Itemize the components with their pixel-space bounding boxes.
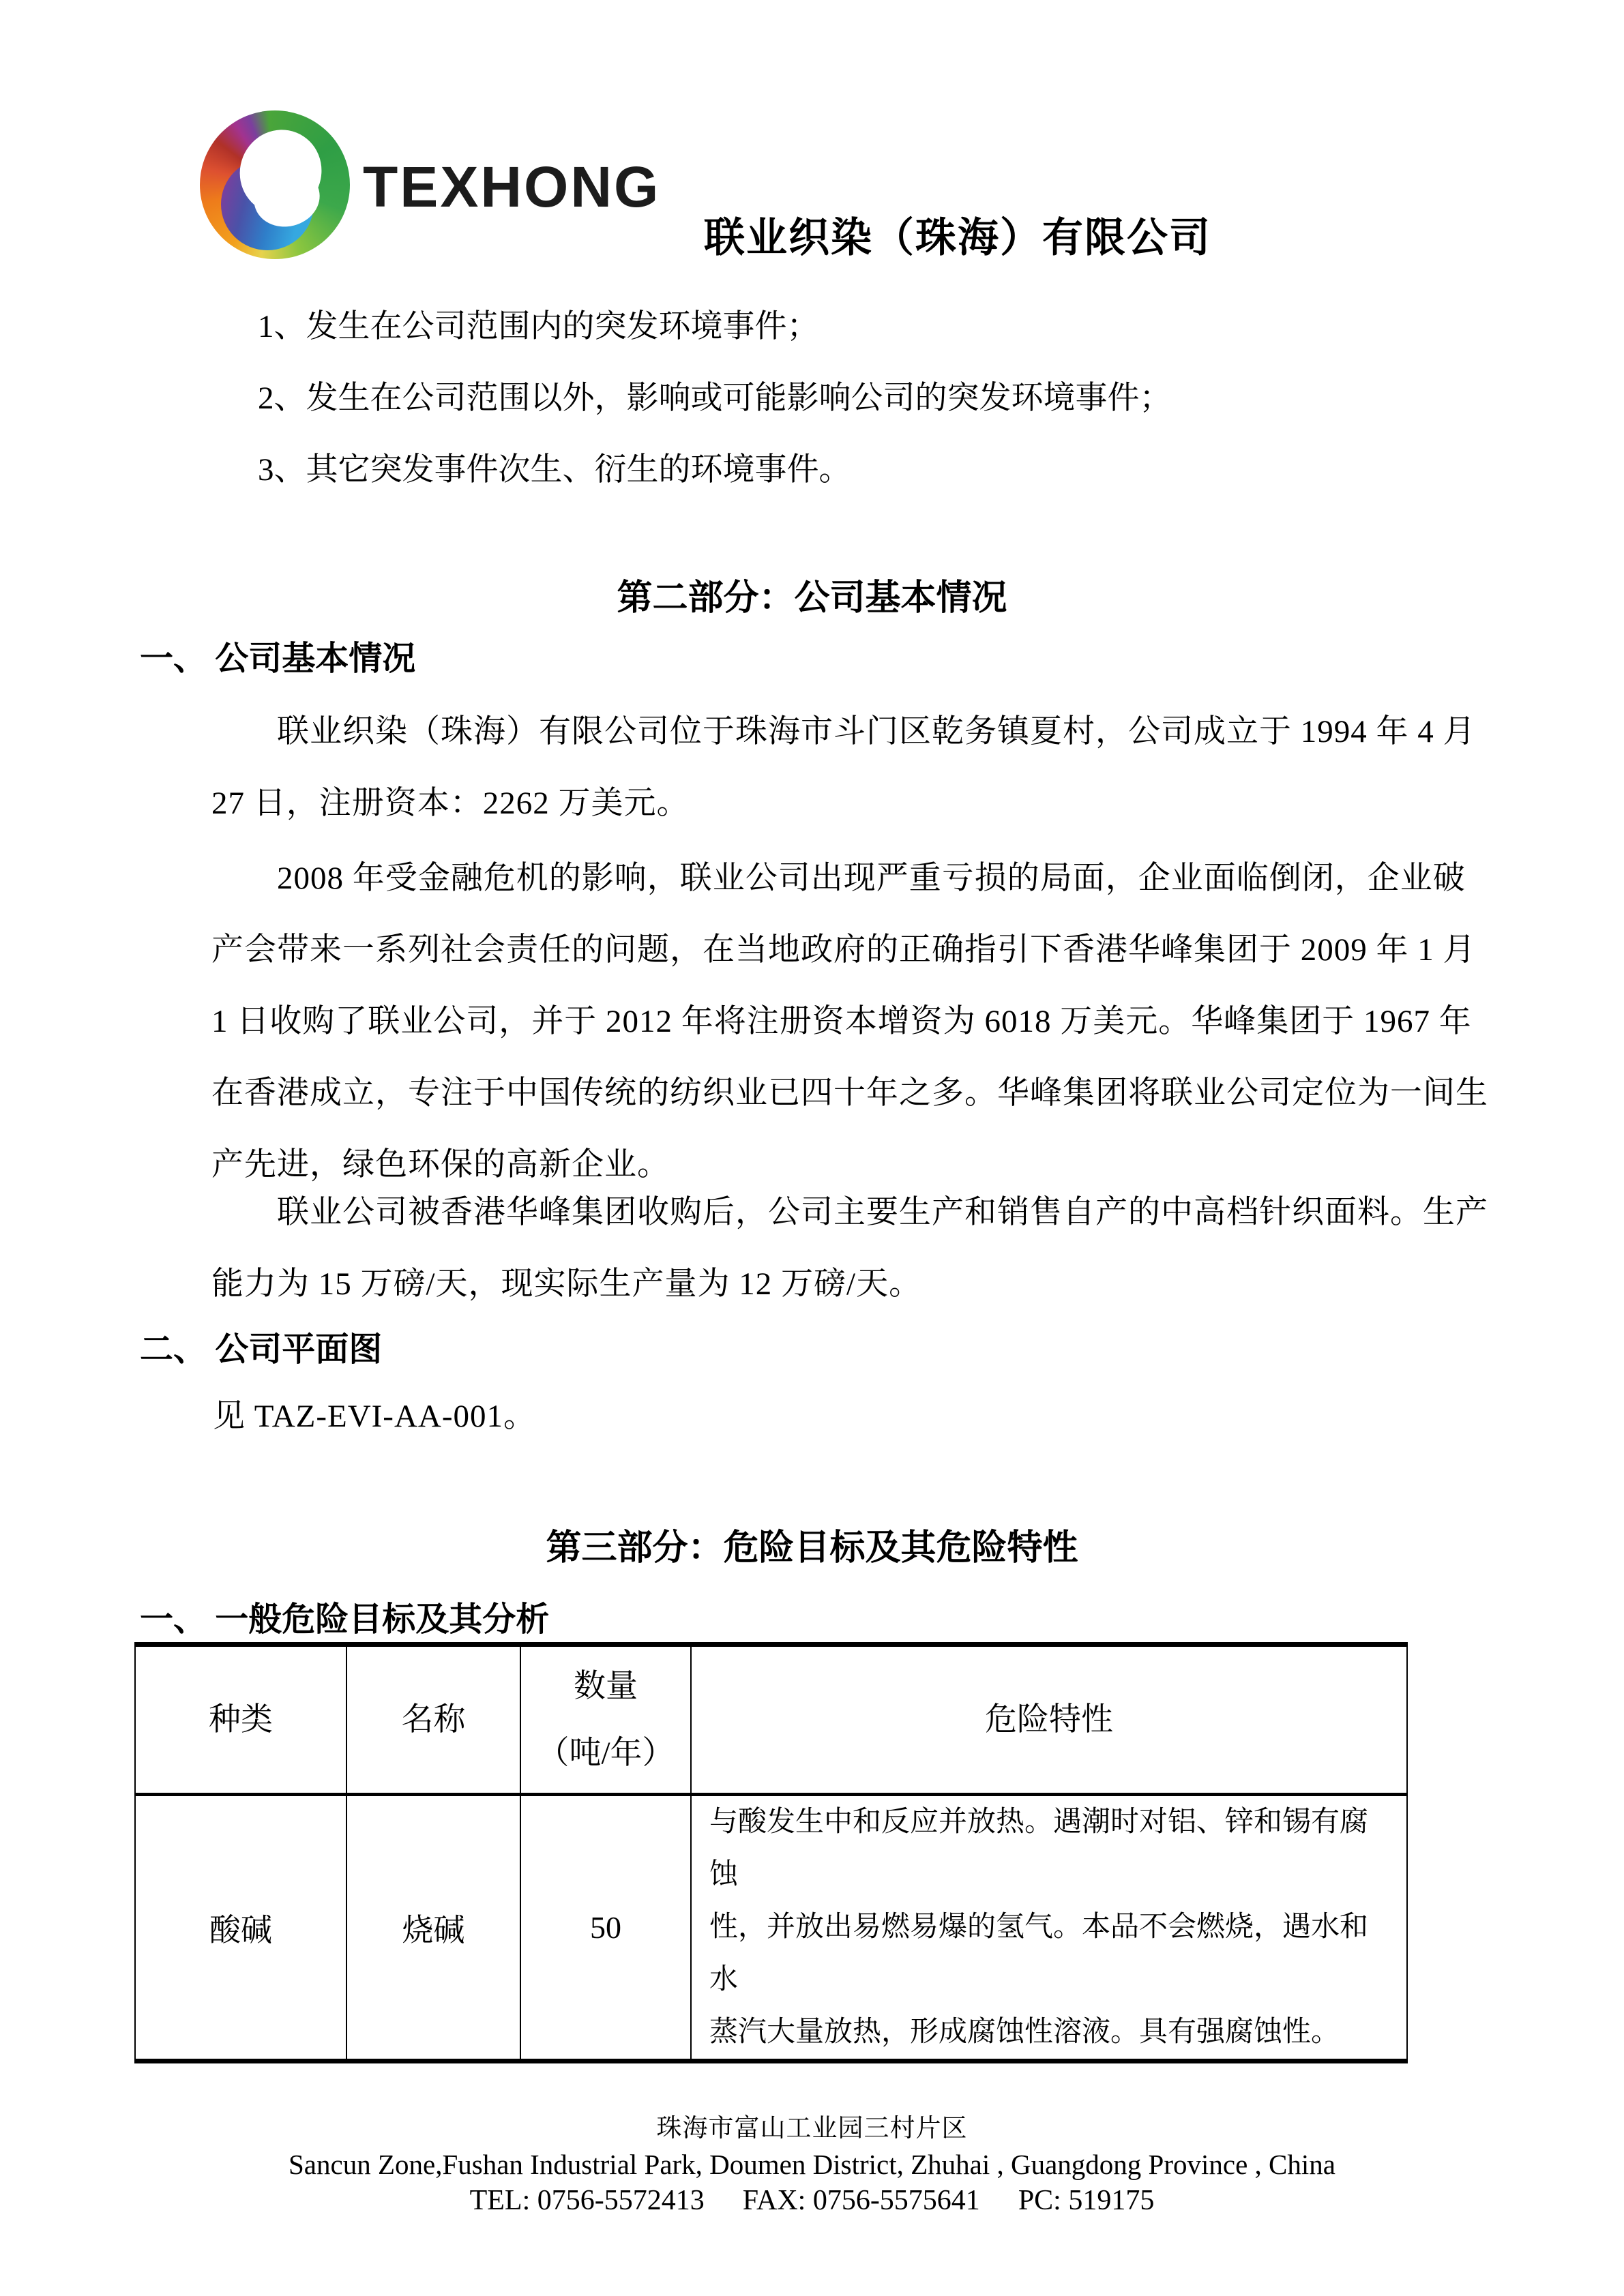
col-header-name: 名称: [346, 1645, 520, 1795]
company-name: 联业织染（珠海）有限公司: [704, 215, 1211, 260]
see-reference-note: 见 TAZ-EVI-AA-001。: [213, 1397, 536, 1435]
list-item: 3、其它突发事件次生、衍生的环境事件。: [258, 434, 1172, 506]
col-header-quantity: 数量 （吨/年）: [520, 1645, 691, 1795]
heading-company-plan: 二、 公司平面图: [140, 1330, 382, 1370]
brand-wordmark: TEXHONG: [363, 158, 660, 215]
cell-quantity: 50: [520, 1795, 691, 2061]
list-item: 2、发生在公司范围以外，影响或可能影响公司的突发环境事件；: [258, 363, 1172, 434]
col-header-category: 种类: [135, 1645, 346, 1795]
table-header-row: 种类 名称 数量 （吨/年） 危险特性: [135, 1645, 1407, 1795]
footer-tel: TEL: 0756-5572413: [470, 2183, 705, 2218]
footer-address-chinese: 珠海市富山工业园三村片区: [0, 2114, 1624, 2144]
cell-name: 烧碱: [346, 1795, 520, 2061]
heading-general-hazard-targets: 一、 一般危险目标及其分析: [140, 1600, 549, 1640]
incident-type-list: 1、发生在公司范围内的突发环境事件； 2、发生在公司范围以外，影响或可能影响公司…: [258, 291, 1172, 506]
paragraph-acquisition-history: 2008 年受金融危机的影响，联业公司出现严重亏损的局面，企业面临倒闭，企业破 …: [211, 843, 1501, 1201]
section-title-part3: 第三部分：危险目标及其危险特性: [0, 1527, 1624, 1570]
hazard-table: 种类 名称 数量 （吨/年） 危险特性 酸碱 烧碱 50 与酸发生中和反应并放热…: [134, 1642, 1408, 2063]
col-header-hazard: 危险特性: [691, 1645, 1407, 1795]
heading-company-basic-info: 一、 公司基本情况: [140, 639, 415, 679]
table-row: 酸碱 烧碱 50 与酸发生中和反应并放热。遇潮时对铝、锌和锡有腐蚀 性，并放出易…: [135, 1795, 1407, 2061]
footer-postal-code: PC: 519175: [1018, 2183, 1155, 2218]
footer-contact-line: TEL: 0756-5572413 FAX: 0756-5575641 PC: …: [0, 2183, 1624, 2218]
footer-fax: FAX: 0756-5575641: [743, 2183, 980, 2218]
paragraph-production-capacity: 联业公司被香港华峰集团收购后，公司主要生产和销售自产的中高档针织面料。生产 能力…: [211, 1177, 1501, 1320]
cell-hazard-description: 与酸发生中和反应并放热。遇潮时对铝、锌和锡有腐蚀 性，并放出易燃易爆的氢气。本品…: [691, 1795, 1407, 2061]
paragraph-company-founding: 联业织染（珠海）有限公司位于珠海市斗门区乾务镇夏村，公司成立于 1994 年 4…: [211, 696, 1501, 839]
footer-address-english: Sancun Zone,Fushan Industrial Park, Doum…: [0, 2148, 1624, 2181]
list-item: 1、发生在公司范围内的突发环境事件；: [258, 291, 1172, 363]
document-page: TEXHONG 联业织染（珠海）有限公司 1、发生在公司范围内的突发环境事件； …: [0, 0, 1624, 2296]
section-title-part2: 第二部分：公司基本情况: [0, 578, 1624, 620]
cell-category: 酸碱: [135, 1795, 346, 2061]
texhong-swirl-logo-icon: [200, 110, 350, 259]
